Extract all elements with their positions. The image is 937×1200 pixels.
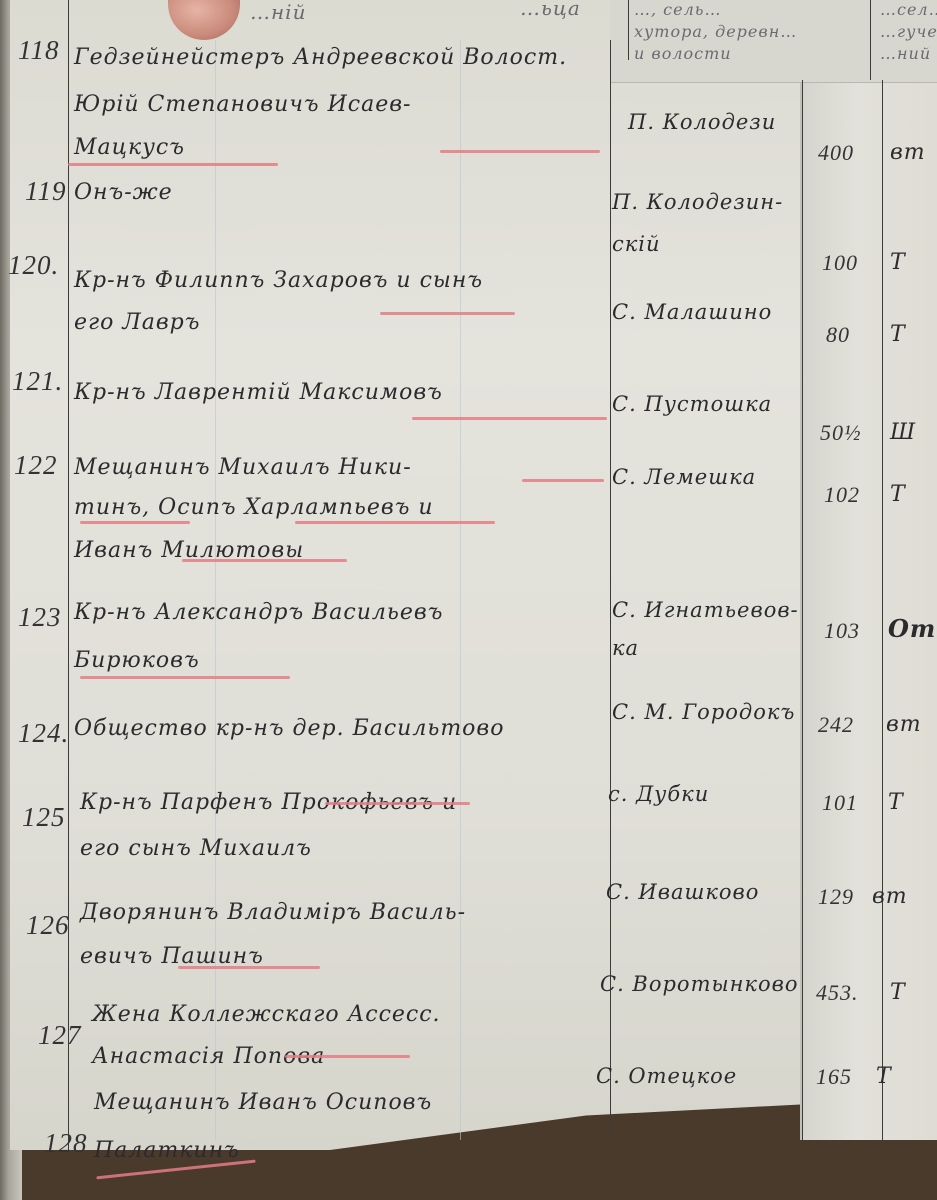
row-number: 127 [38,1020,82,1051]
owner-name-line: Кр-нъ Лаврентiй Максимовъ [74,380,443,405]
header-fragment: …ьцa [520,0,581,20]
note-value: Т [890,250,906,275]
note-value: вт [890,140,926,165]
quantity-value: 80 [826,322,850,348]
owner-name-line: Палаткинъ [94,1138,240,1163]
row-number: 124. [18,718,69,749]
column-rule-header [628,0,629,60]
note-value: Т [876,1064,892,1089]
owner-name-line: Бирюковъ [74,648,200,673]
village-name: С. М. Городокъ [612,700,795,724]
note-value: вт [886,712,922,737]
note-value: От [888,614,936,643]
owner-name-line: Мещанинъ Иванъ Осиповъ [94,1090,432,1115]
owner-name-line: Гедзейнейстеръ Андреевской Волост. [74,45,567,70]
header-fragment: …сел… [880,0,937,19]
note-value: Т [890,482,906,507]
red-underline [440,150,600,153]
red-underline [522,479,604,482]
header-fragment: …нiй [250,0,306,24]
quantity-value: 242 [818,712,854,738]
village-name: С. Отецкое [596,1064,737,1088]
village-name: С. Малашино [612,300,772,324]
red-underline [178,966,320,969]
owner-name-line: Мещанинъ Михаилъ Ники- [74,455,412,480]
column-rule-village [802,80,803,1140]
row-number: 128 [44,1128,88,1159]
column-rule-number [68,0,69,1150]
village-name: ка [612,636,639,660]
owner-name-line: его Лавръ [74,310,200,335]
village-name: скiй [612,232,661,256]
owner-name-line: Жена Коллежскаго Ассесс. [92,1002,441,1027]
red-underline [285,1055,410,1058]
row-number: 126 [26,910,70,941]
note-value: вт [872,884,908,909]
red-underline [80,676,290,679]
row-number: 121. [12,366,63,397]
owner-name-line: его сынъ Михаилъ [80,836,312,861]
row-number: 120. [8,250,59,281]
header-fragment: и волости [634,44,732,63]
owner-name-line: Кр-нъ Филиппъ Захаровъ и сынъ [74,268,483,293]
note-value: Ш [890,420,916,445]
owner-name-line: Юрiй Степановичъ Исаев- [74,92,411,117]
note-value: Т [890,980,906,1005]
header-fragment: …, сель… [634,0,722,19]
village-name: С. Воротынково [600,972,798,996]
owner-name-line: Мацкусъ [74,135,185,160]
quantity-value: 101 [822,790,858,816]
note-value: Т [890,322,906,347]
row-number: 119 [25,176,67,207]
quantity-value: 103 [824,618,860,644]
quantity-value: 165 [816,1064,852,1090]
row-number: 122 [14,450,58,481]
quantity-value: 100 [822,250,858,276]
faint-guide-line [460,40,461,1140]
village-name: С. Лемешка [612,465,756,489]
quantity-value: 129 [818,884,854,910]
owner-name-line: тинъ, Осипъ Харлампьевъ и [74,495,434,520]
quantity-value: 400 [818,140,854,166]
red-underline [325,802,470,805]
header-fragment: хутора, деревн… [634,22,797,41]
owner-name-line: Общество кр-нъ дер. Басильтово [74,716,504,741]
red-underline [380,312,515,315]
header-fragment: …гуче… [880,22,937,41]
header-fragment: …ний [880,44,931,63]
village-name: П. Колодези [628,110,776,134]
column-rule-quantity [882,80,883,1140]
village-name: С. Пустошка [612,392,772,416]
red-underline [182,559,347,562]
quantity-value: 50½ [820,420,862,446]
faint-guide-line [215,40,216,1140]
row-number: 123 [18,602,62,633]
village-name: с. Дубки [608,782,709,806]
red-underline [295,521,495,524]
note-value: Т [888,790,904,815]
quantity-value: 453. [816,980,859,1006]
village-name: С. Ивашково [606,880,759,904]
red-underline [80,521,190,524]
row-number: 125 [22,802,66,833]
column-rule-header-right [870,0,871,80]
row-number: 118 [18,35,60,66]
owner-name-line: Онъ-же [74,180,173,205]
red-underline [412,417,607,420]
owner-name-line: Дворянинъ Владимiръ Василь- [80,900,466,925]
owner-name-line: Кр-нъ Александръ Васильевъ [74,600,443,625]
red-underline [68,163,278,166]
quantity-value: 102 [824,482,860,508]
village-name: С. Игнатьевов- [612,598,799,622]
village-name: П. Колодезин- [612,190,783,214]
